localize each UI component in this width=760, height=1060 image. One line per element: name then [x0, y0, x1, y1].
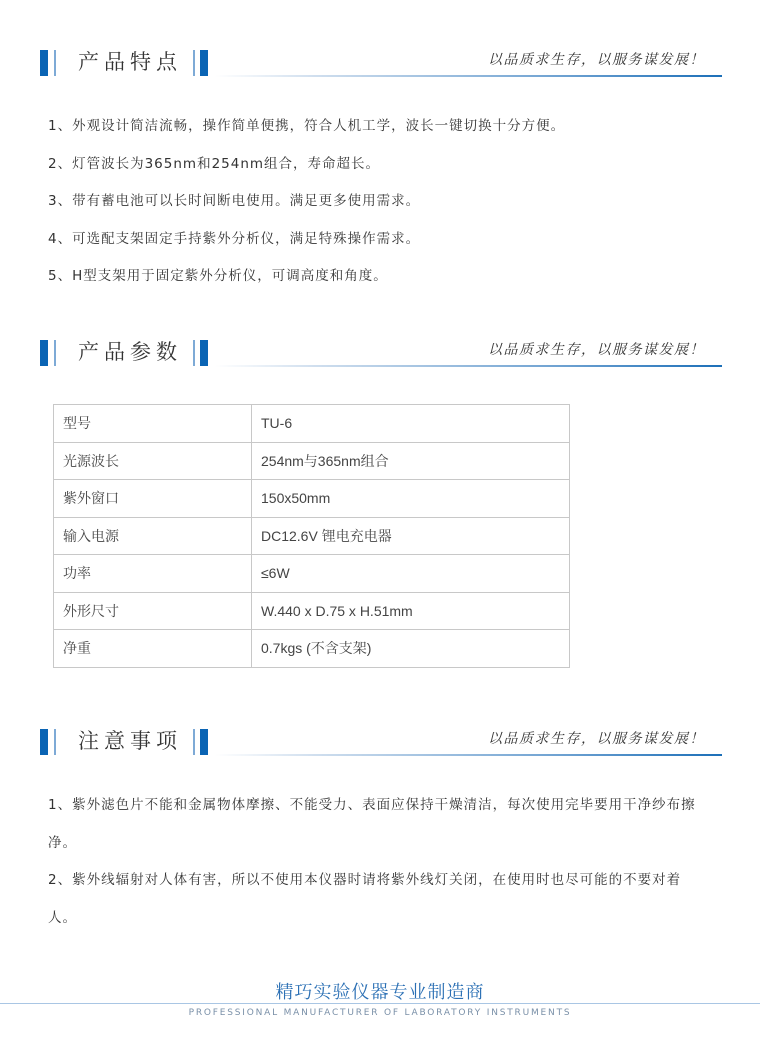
param-label: 输入电源	[54, 517, 252, 555]
param-label: 净重	[54, 630, 252, 668]
table-row: 输入电源 DC12.6V 锂电充电器	[54, 517, 570, 555]
table-row: 外形尺寸 W.440 x D.75 x H.51mm	[54, 592, 570, 630]
accent-line-icon	[54, 340, 56, 366]
section-header-notes: 注意事项 以品质求生存，以服务谋发展！	[0, 723, 760, 763]
notes-list: 1、紫外滤色片不能和金属物体摩擦、不能受力、表面应保持干燥清洁，每次使用完毕要用…	[48, 787, 708, 937]
footer-tagline-cn: 精巧实验仪器专业制造商	[0, 978, 760, 1004]
section-header-params: 产品参数 以品质求生存，以服务谋发展！	[0, 334, 760, 374]
param-value: 254nm与365nm组合	[252, 442, 570, 480]
param-value: ≤6W	[252, 555, 570, 593]
param-value: TU-6	[252, 405, 570, 443]
accent-line-icon	[193, 729, 195, 755]
header-divider	[215, 75, 722, 77]
param-label: 外形尺寸	[54, 592, 252, 630]
accent-line-icon	[193, 50, 195, 76]
accent-bar-icon	[40, 729, 48, 755]
params-table: 型号 TU-6 光源波长 254nm与365nm组合 紫外窗口 150x50mm…	[53, 404, 570, 668]
table-row: 光源波长 254nm与365nm组合	[54, 442, 570, 480]
list-item: 1、紫外滤色片不能和金属物体摩擦、不能受力、表面应保持干燥清洁，每次使用完毕要用…	[48, 787, 708, 862]
table-row: 功率 ≤6W	[54, 555, 570, 593]
header-divider	[215, 365, 722, 367]
table-row: 紫外窗口 150x50mm	[54, 480, 570, 518]
param-label: 光源波长	[54, 442, 252, 480]
list-item: 1、外观设计简洁流畅，操作简单便携，符合人机工学，波长一键切换十分方便。	[48, 108, 565, 146]
section-slogan: 以品质求生存，以服务谋发展！	[488, 340, 705, 360]
section-title: 注意事项	[78, 726, 182, 756]
section-title: 产品特点	[78, 47, 182, 77]
feature-list: 1、外观设计简洁流畅，操作简单便携，符合人机工学，波长一键切换十分方便。 2、灯…	[48, 108, 565, 296]
param-value: DC12.6V 锂电充电器	[252, 517, 570, 555]
section-slogan: 以品质求生存，以服务谋发展！	[488, 50, 705, 70]
table-row: 型号 TU-6	[54, 405, 570, 443]
section-header-features: 产品特点 以品质求生存，以服务谋发展！	[0, 44, 760, 84]
footer-divider	[0, 1003, 760, 1004]
section-title: 产品参数	[78, 337, 182, 367]
list-item: 3、带有蓄电池可以长时间断电使用。满足更多使用需求。	[48, 183, 565, 221]
accent-bar-icon	[200, 50, 208, 76]
list-item: 4、可选配支架固定手持紫外分析仪，满足特殊操作需求。	[48, 221, 565, 259]
section-slogan: 以品质求生存，以服务谋发展！	[488, 729, 705, 749]
accent-bar-icon	[40, 340, 48, 366]
accent-line-icon	[54, 50, 56, 76]
param-value: W.440 x D.75 x H.51mm	[252, 592, 570, 630]
table-row: 净重 0.7kgs (不含支架)	[54, 630, 570, 668]
list-item: 5、H型支架用于固定紫外分析仪，可调高度和角度。	[48, 258, 565, 296]
param-value: 150x50mm	[252, 480, 570, 518]
accent-line-icon	[54, 729, 56, 755]
footer-tagline-en: PROFESSIONAL MANUFACTURER OF LABORATORY …	[0, 1008, 760, 1018]
accent-bar-icon	[40, 50, 48, 76]
param-label: 型号	[54, 405, 252, 443]
accent-line-icon	[193, 340, 195, 366]
param-value: 0.7kgs (不含支架)	[252, 630, 570, 668]
list-item: 2、紫外线辐射对人体有害，所以不使用本仪器时请将紫外线灯关闭，在使用时也尽可能的…	[48, 862, 708, 937]
accent-bar-icon	[200, 729, 208, 755]
header-divider	[215, 754, 722, 756]
param-label: 功率	[54, 555, 252, 593]
accent-bar-icon	[200, 340, 208, 366]
param-label: 紫外窗口	[54, 480, 252, 518]
list-item: 2、灯管波长为365nm和254nm组合，寿命超长。	[48, 146, 565, 184]
